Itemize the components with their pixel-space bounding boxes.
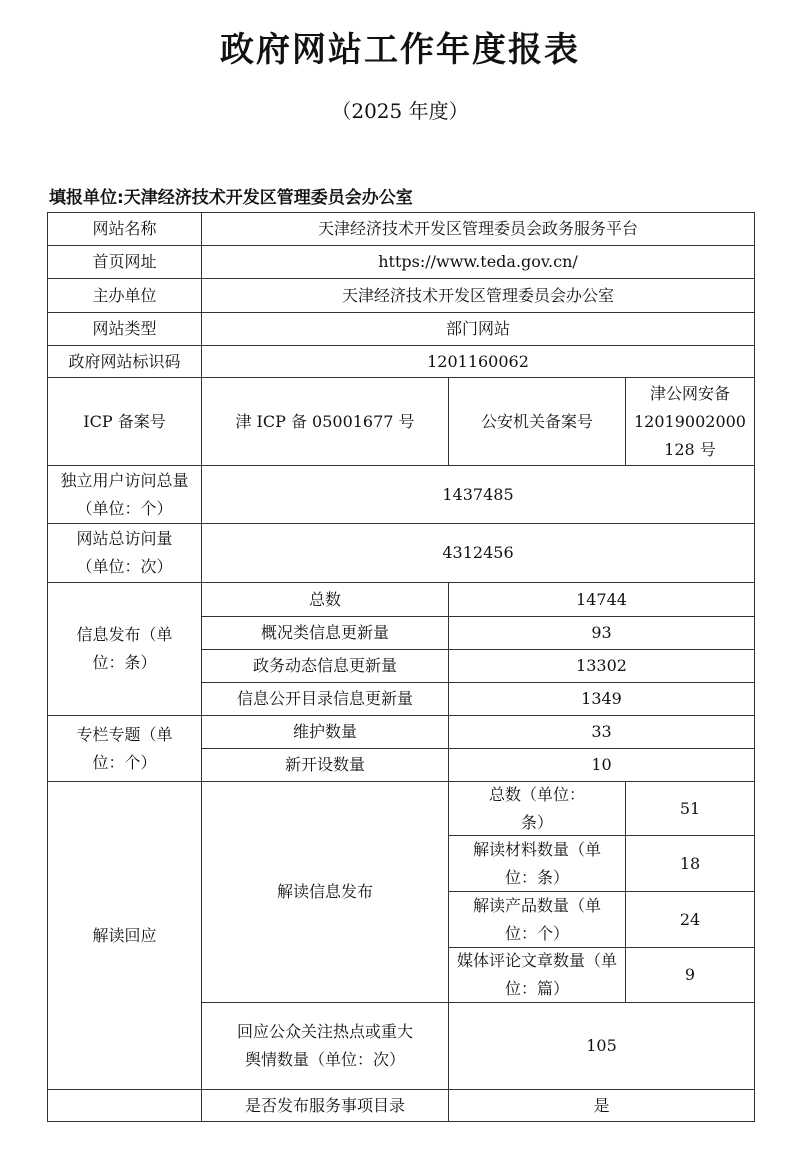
interp-row-value: 9 (625, 947, 755, 1003)
interp-row-label: 媒体评论文章数量（单位：篇） (448, 947, 626, 1003)
site-name-label: 网站名称 (47, 212, 202, 246)
columns-label: 专栏专题（单位：个） (47, 715, 202, 782)
homepage-label: 首页网址 (47, 245, 202, 279)
info-publish-label: 信息发布（单位：条） (47, 582, 202, 716)
interp-row-label: 总数（单位：条） (448, 781, 626, 836)
page-title: 政府网站工作年度报表 (0, 22, 800, 71)
columns-row-value: 10 (448, 748, 755, 782)
service-catalog-value: 是 (448, 1089, 755, 1122)
homepage-value: https://www.teda.gov.cn/ (201, 245, 755, 279)
columns-row-label: 新开设数量 (201, 748, 449, 782)
service-blank-cell (47, 1089, 202, 1122)
info-row-value: 13302 (448, 649, 755, 683)
page-views-label: 网站总访问量（单位：次） (47, 523, 202, 583)
interp-row-value: 24 (625, 891, 755, 948)
hotspot-response-label: 回应公众关注热点或重大舆情数量（单位：次） (201, 1002, 449, 1090)
sponsor-label: 主办单位 (47, 278, 202, 313)
interpretation-publish-label: 解读信息发布 (201, 781, 449, 1003)
police-record-value: 津公网安备 12019002000 128 号 (625, 377, 755, 466)
site-id-value: 1201160062 (201, 345, 755, 378)
interp-row-value: 18 (625, 835, 755, 892)
service-catalog-label: 是否发布服务事项目录 (201, 1089, 449, 1122)
interpretation-label: 解读回应 (47, 781, 202, 1090)
interp-row-value: 51 (625, 781, 755, 836)
site-type-label: 网站类型 (47, 312, 202, 346)
info-row-label: 概况类信息更新量 (201, 616, 449, 650)
columns-row-label: 维护数量 (201, 715, 449, 749)
info-row-label: 政务动态信息更新量 (201, 649, 449, 683)
site-type-value: 部门网站 (201, 312, 755, 346)
site-id-label: 政府网站标识码 (47, 345, 202, 378)
sponsor-value: 天津经济技术开发区管理委员会办公室 (201, 278, 755, 313)
unique-visitors-value: 1437485 (201, 465, 755, 524)
columns-row-value: 33 (448, 715, 755, 749)
hotspot-response-value: 105 (448, 1002, 755, 1090)
info-row-label: 总数 (201, 582, 449, 617)
filling-unit: 填报单位:天津经济技术开发区管理委员会办公室 (49, 183, 413, 208)
report-year: （2025 年度） (0, 95, 800, 124)
info-row-label: 信息公开目录信息更新量 (201, 682, 449, 716)
icp-value: 津 ICP 备 05001677 号 (201, 377, 449, 466)
info-row-value: 93 (448, 616, 755, 650)
site-name-value: 天津经济技术开发区管理委员会政务服务平台 (201, 212, 755, 246)
interp-row-label: 解读材料数量（单位：条） (448, 835, 626, 892)
unique-visitors-label: 独立用户访问总量（单位：个） (47, 465, 202, 524)
interp-row-label: 解读产品数量（单位：个） (448, 891, 626, 948)
icp-label: ICP 备案号 (47, 377, 202, 466)
info-row-value: 14744 (448, 582, 755, 617)
police-record-label: 公安机关备案号 (448, 377, 626, 466)
page-views-value: 4312456 (201, 523, 755, 583)
info-row-value: 1349 (448, 682, 755, 716)
